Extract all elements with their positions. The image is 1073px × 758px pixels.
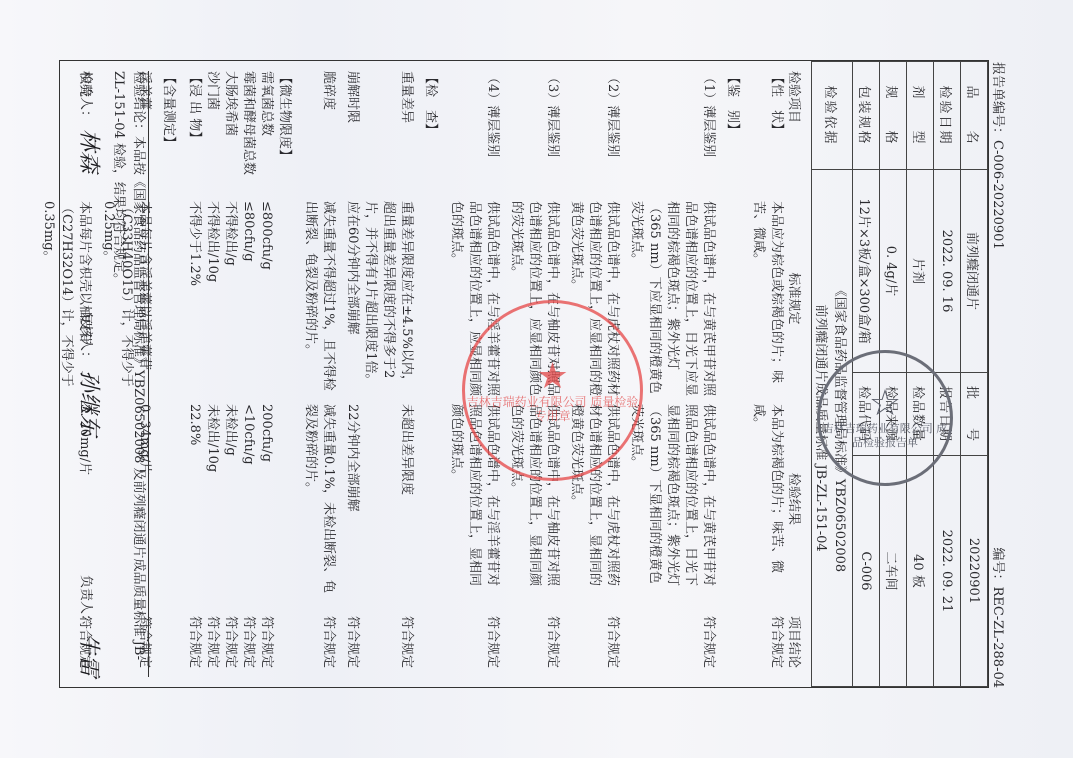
row-conclusion: 符合规定 xyxy=(203,602,221,682)
basis-label: 检验依据 xyxy=(812,62,853,170)
row-result: 减失重量0.1%，未检出断裂、龟裂及粉碎的片。 xyxy=(301,404,337,602)
reviewer-signature: 复核人：孙继东 xyxy=(76,312,99,436)
signature-line: 检验人：林森 复核人：孙继东 负责人：牛雷 xyxy=(70,71,104,677)
table-row: 【性 状】本品应为棕色或棕褐色的片；味苦、微咸。本品为棕褐色的片；味苦、微咸。符… xyxy=(749,71,785,677)
row-conclusion: 符合规定 xyxy=(507,602,561,682)
section-heading: 【微生物限度】 xyxy=(275,71,293,677)
batch-label: 批 号 xyxy=(961,373,988,456)
row-result: 本品为棕褐色的片；味苦、微咸。 xyxy=(749,404,785,602)
results-section: 检验项目 标准规定 检验结果 项目结论 【性 状】本品应为棕色或棕褐色的片；味苦… xyxy=(39,61,811,687)
conclusion-label: 检验结论： xyxy=(131,71,146,136)
sample-source: 二车间 xyxy=(880,456,907,687)
col-standard: 标准规定 xyxy=(787,201,806,404)
spec-label: 规 格 xyxy=(880,62,907,170)
row-standard: 不得检出/10g xyxy=(203,201,221,404)
report-date: 2022. 09. 21 xyxy=(934,456,961,687)
red-seal-stamp: ★吉林吉瑞药业有限公司 质量检验专用章 xyxy=(462,300,643,481)
inspector-signature: 检验人：林森 xyxy=(76,71,99,173)
sample-quantity: 40 板 xyxy=(907,456,934,687)
results-rows: 【性 状】本品应为棕色或棕褐色的片；味苦、微咸。本品为棕褐色的片；味苦、微咸。符… xyxy=(39,71,785,677)
row-item: 【浸 出 物】 xyxy=(185,71,203,201)
row-conclusion: 符合规定 xyxy=(627,602,717,682)
row-conclusion: 符合规定 xyxy=(567,602,621,682)
gray-stamp: ☆吉林吉瑞药业有限公司 成品检验报告单 xyxy=(817,350,953,486)
section-heading: 【鉴 别】 xyxy=(723,71,741,677)
manager-label: 负责人： xyxy=(79,575,94,627)
inspect-date-label: 检验日期 xyxy=(934,62,961,170)
report-number-label: 报告单编号： xyxy=(990,62,1005,140)
row-standard: 不得检出/g xyxy=(221,201,239,404)
inspector-label: 检验人： xyxy=(79,71,94,123)
row-item: （2）薄层鉴别 xyxy=(567,71,621,201)
row-standard: ≤80cfu/g xyxy=(239,201,257,404)
row-item: 【性 状】 xyxy=(749,71,785,201)
row-item: 沙门菌 xyxy=(203,71,221,201)
document-number-label: 编号： xyxy=(990,548,1005,587)
conclusion-body: 本品按《国家食品药品监督管理局标准》YBZ06502008 及前列癃闭通片成品质… xyxy=(111,71,146,660)
star-icon: ★ xyxy=(536,356,568,397)
document-number-value: REC-ZL-288-04 xyxy=(990,587,1005,688)
table-row: 重量差异重量差异限度应在±4.5%以内，超出重量差异限度的不得多于2片，并不得有… xyxy=(361,71,415,677)
row-item: 崩解时限 xyxy=(343,71,361,201)
sample-code: C-006 xyxy=(853,456,880,687)
row-item: 霉菌和酵母菌总数 xyxy=(239,71,257,201)
table-row: 沙门菌不得检出/10g未检出/10g符合规定 xyxy=(203,71,221,677)
document-number: 编号：REC-ZL-288-04 xyxy=(990,548,1009,688)
row-item: 需氧菌总数 xyxy=(257,71,275,201)
product-name-label: 品 名 xyxy=(961,62,988,170)
row-result: 未检出/g xyxy=(221,404,239,602)
row-conclusion: 符合规定 xyxy=(239,602,257,682)
reviewer-sig: 孙继东 xyxy=(77,370,102,436)
section-heading: 【含量测定】 xyxy=(159,71,177,677)
row-conclusion: 符合规定 xyxy=(361,602,415,682)
col-conclusion: 项目结论 xyxy=(787,602,806,682)
table-row: 需氧菌总数≤800cfu/g200cfu/g符合规定 xyxy=(257,71,275,677)
row-standard: ≤800cfu/g xyxy=(257,201,275,404)
row-result: 供试品色谱中，在与黄芪甲苷对照品色谱相应的位置上，日光下显相同的棕褐色斑点；紫外… xyxy=(627,404,717,602)
report-header: 报告单编号：C-006-20220901 编号：REC-ZL-288-04 xyxy=(989,62,1011,688)
gray-stamp-text: 吉林吉瑞药业有限公司 成品检验报告单 xyxy=(820,422,950,450)
row-item: 大肠埃希菌 xyxy=(221,71,239,201)
star-icon: ☆ xyxy=(869,383,901,424)
row-result: 200cfu/g xyxy=(257,404,275,602)
report-footer: 检验结论：本品按《国家食品药品监督管理局标准》YBZ06502008 及前列癃闭… xyxy=(70,71,149,677)
inspector-sig: 林森 xyxy=(77,129,102,173)
row-standard: 本品应为棕色或棕褐色的片；味苦、微咸。 xyxy=(749,201,785,404)
inspection-report-page: 报告单编号：C-006-20220901 编号：REC-ZL-288-04 品 … xyxy=(0,0,1073,758)
row-result: 未检出/10g xyxy=(203,404,221,602)
manager-sig: 牛雷 xyxy=(77,633,102,677)
row-standard: 不得少于1.2% xyxy=(185,201,203,404)
specification: 0. 4g/片 xyxy=(880,170,907,373)
package-spec: 12片×3板/盒×300盒/箱 xyxy=(853,170,880,373)
report-number-value: C-006-20220901 xyxy=(990,140,1005,250)
batch-number: 20220901 xyxy=(961,456,988,687)
dosage-label: 剂 型 xyxy=(907,62,934,170)
row-standard: 减失重量不得超过1%，且不得检出断裂、龟裂及粉碎的片。 xyxy=(301,201,337,404)
manager-signature: 负责人：牛雷 xyxy=(76,575,99,677)
row-result: 22分钟内全部崩解 xyxy=(343,404,361,602)
dosage-form: 片剂 xyxy=(907,170,934,373)
conclusion-text: 检验结论：本品按《国家食品药品监督管理局标准》YBZ06502008 及前列癃闭… xyxy=(108,71,148,677)
package-label: 包装规格 xyxy=(853,62,880,170)
row-conclusion: 符合规定 xyxy=(257,602,275,682)
col-result: 检验结果 xyxy=(787,404,806,602)
report-number: 报告单编号：C-006-20220901 xyxy=(990,62,1009,250)
row-result: 未超出差异限度 xyxy=(361,404,415,602)
table-row: 脆碎度减失重量不得超过1%，且不得检出断裂、龟裂及粉碎的片。减失重量0.1%，未… xyxy=(301,71,337,677)
table-row: 【浸 出 物】不得少于1.2%22.8%符合规定 xyxy=(185,71,203,677)
red-stamp-text: 吉林吉瑞药业有限公司 质量检验专用章 xyxy=(465,395,640,423)
row-conclusion: 符合规定 xyxy=(749,602,785,682)
reviewer-label: 复核人： xyxy=(79,312,94,364)
row-item: （4）薄层鉴别 xyxy=(447,71,501,201)
inspect-date: 2022. 09. 16 xyxy=(934,170,961,373)
col-item: 检验项目 xyxy=(787,71,806,201)
row-item: （3）薄层鉴别 xyxy=(507,71,561,201)
row-conclusion: 符合规定 xyxy=(301,602,337,682)
row-standard: 重量差异限度应在±4.5%以内，超出重量差异限度的不得多于2片，并不得有1片超出… xyxy=(361,201,415,404)
row-item: （1）薄层鉴别 xyxy=(627,71,717,201)
table-row: 霉菌和酵母菌总数≤80cfu/g<10cfu/g符合规定 xyxy=(239,71,257,677)
row-conclusion: 符合规定 xyxy=(185,602,203,682)
row-standard: 应在60分钟内全部崩解 xyxy=(343,201,361,404)
row-item: 重量差异 xyxy=(361,71,415,201)
row-conclusion: 符合规定 xyxy=(343,602,361,682)
section-heading: 【检 查】 xyxy=(421,71,439,677)
table-row: 崩解时限应在60分钟内全部崩解22分钟内全部崩解符合规定 xyxy=(343,71,361,677)
product-name: 前列癃闭通片 xyxy=(961,170,988,373)
row-conclusion: 符合规定 xyxy=(221,602,239,682)
table-row: 大肠埃希菌不得检出/g未检出/g符合规定 xyxy=(221,71,239,677)
results-header: 检验项目 标准规定 检验结果 项目结论 xyxy=(785,71,807,677)
row-result: 22.8% xyxy=(185,404,203,602)
row-conclusion: 符合规定 xyxy=(447,602,501,682)
row-item: 脆碎度 xyxy=(301,71,337,201)
row-result: <10cfu/g xyxy=(239,404,257,602)
